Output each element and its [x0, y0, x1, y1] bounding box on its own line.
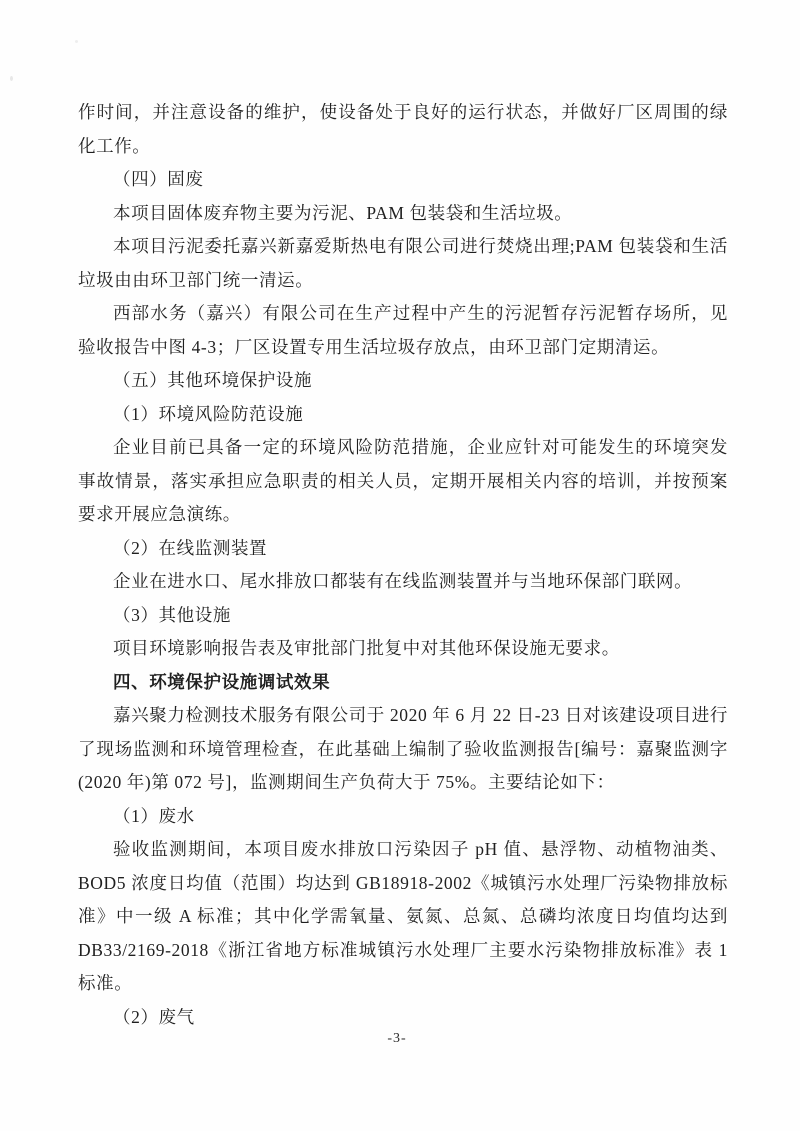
paragraph-sludge-incineration: 本项目污泥委托嘉兴新嘉爱斯热电有限公司进行焚烧出理;PAM 包装袋和生活垃圾由由…: [78, 230, 728, 297]
paragraph-risk-prevention: 企业目前已具备一定的环境风险防范措施，企业应针对可能发生的环境突发事故情景，落实…: [78, 431, 728, 532]
paragraph-monitoring-overview: 嘉兴聚力检测技术服务有限公司于 2020 年 6 月 22 日-23 日对该建设…: [78, 699, 728, 800]
heading-section5-other-protection: （五）其他环境保护设施: [78, 364, 728, 398]
heading-risk-prevention: （1）环境风险防范设施: [78, 398, 728, 432]
heading-section4-solid-waste: （四）固废: [78, 163, 728, 197]
scan-speck: [75, 40, 78, 43]
paragraph-greening-work: 作时间，并注意设备的维护，使设备处于良好的运行状态，并做好厂区周围的绿化工作。: [78, 96, 728, 163]
paragraph-online-monitoring: 企业在进水口、尾水排放口都装有在线监测装置并与当地环保部门联网。: [78, 565, 728, 599]
document-page: 作时间，并注意设备的维护，使设备处于良好的运行状态，并做好厂区周围的绿化工作。 …: [0, 0, 800, 1131]
heading-waste-gas: （2）废气: [78, 1001, 728, 1035]
scan-speck: [10, 76, 13, 81]
paragraph-solid-waste-types: 本项目固体废弃物主要为污泥、PAM 包装袋和生活垃圾。: [78, 197, 728, 231]
document-body: 作时间，并注意设备的维护，使设备处于良好的运行状态，并做好厂区周围的绿化工作。 …: [78, 96, 728, 1034]
heading-other-facilities: （3）其他设施: [78, 599, 728, 633]
page-number: -3-: [0, 1031, 794, 1047]
paragraph-sludge-storage: 西部水务（嘉兴）有限公司在生产过程中产生的污泥暂存污泥暂存场所，见验收报告中图 …: [78, 297, 728, 364]
paragraph-wastewater-results: 验收监测期间，本项目废水排放口污染因子 pH 值、悬浮物、动植物油类、BOD5 …: [78, 833, 728, 1001]
heading-online-monitoring: （2）在线监测装置: [78, 532, 728, 566]
heading-chapter4-debug-results: 四、环境保护设施调试效果: [78, 666, 728, 700]
heading-wastewater: （1）废水: [78, 800, 728, 834]
paragraph-other-facilities: 项目环境影响报告表及审批部门批复中对其他环保设施无要求。: [78, 632, 728, 666]
